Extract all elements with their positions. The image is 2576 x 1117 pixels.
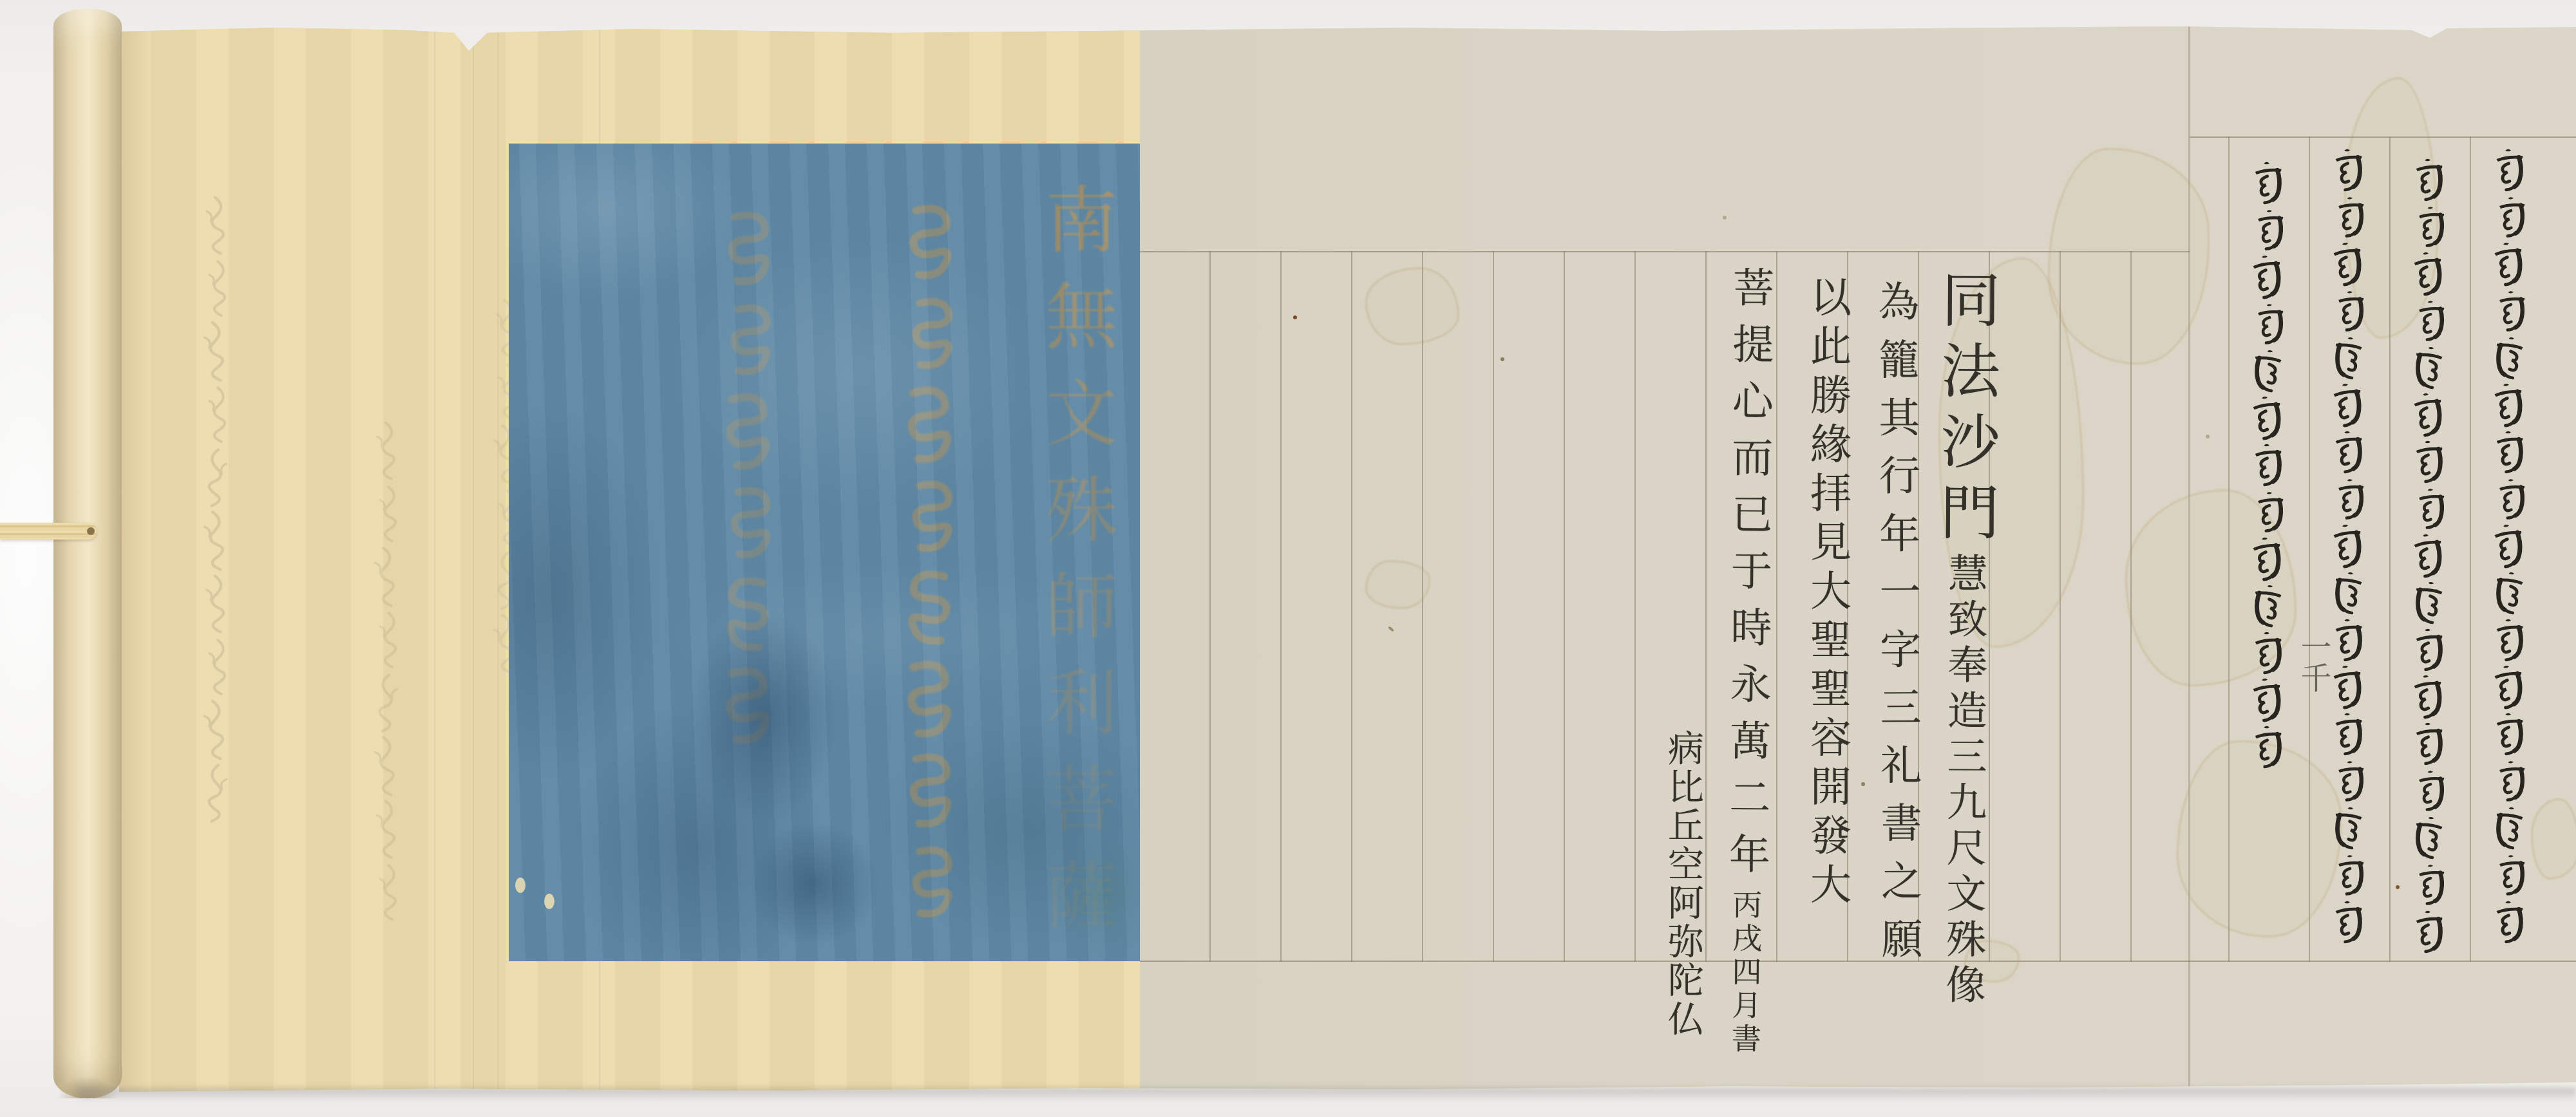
gold-cursive-column: [895, 198, 965, 930]
repeated-glyph: [2246, 347, 2289, 395]
repeated-glyph: [2408, 720, 2450, 767]
graphite-inscription-column: [193, 193, 240, 824]
tide-stain: [1365, 267, 1459, 345]
repeated-glyph: [2410, 203, 2452, 250]
paper-chip: [515, 878, 526, 893]
indigo-title-panel: 南無文殊師利菩薩: [509, 144, 1140, 961]
repeated-glyph: [2329, 476, 2372, 522]
repeated-glyph: [195, 383, 241, 445]
roller-stick: [0, 523, 97, 540]
colophon-heading: 同法沙門: [1931, 269, 2001, 553]
repeated-glyph: [2247, 442, 2289, 489]
repeated-glyph: [2244, 675, 2290, 726]
siddham-column: [2408, 156, 2450, 955]
siddham-column: [2488, 147, 2531, 946]
siddham-column-final: [2247, 160, 2289, 771]
paper-chip: [544, 894, 554, 909]
repeated-glyph: [2325, 239, 2371, 290]
paper-fleck: [2396, 885, 2400, 889]
paper-fleck: [1501, 357, 1504, 361]
repeated-glyph: [2405, 390, 2451, 440]
graphite-inscription-column: [364, 418, 410, 923]
repeated-glyph: [2327, 429, 2370, 476]
repeated-glyph: [2490, 476, 2533, 522]
repeated-glyph: [2488, 617, 2531, 664]
repeated-glyph: [2408, 438, 2450, 485]
repeated-glyph: [2327, 899, 2370, 946]
colophon-date: 丙戌四月書: [1727, 889, 1763, 1056]
repeated-glyph: [2325, 380, 2371, 431]
siddham-column: [2327, 147, 2370, 946]
overpaint-blotch: [747, 820, 882, 948]
repeated-glyph: [2407, 814, 2450, 861]
repeated-glyph: [2329, 288, 2372, 334]
repeated-glyph: [710, 385, 784, 482]
repeated-glyph: [2405, 672, 2451, 722]
tide-stain: [2048, 148, 2210, 364]
repeated-glyph: [190, 507, 240, 573]
repeated-glyph: [2244, 393, 2290, 444]
cover-crease: [471, 23, 474, 1094]
overpaint-blotch: [686, 607, 840, 826]
repeated-glyph: [2249, 301, 2291, 347]
repeated-glyph: [364, 418, 410, 482]
repeated-glyph: [2325, 521, 2371, 572]
repeated-glyph: [897, 473, 967, 563]
repeated-glyph: [895, 198, 965, 290]
repeated-glyph: [2490, 194, 2533, 240]
repeated-glyph: [2488, 429, 2531, 476]
repeated-glyph: [193, 445, 240, 509]
tally-annotation: 一千: [2296, 631, 2331, 693]
repeated-glyph: [2327, 617, 2370, 664]
repeated-glyph: [190, 696, 240, 762]
repeated-glyph: [2408, 626, 2450, 673]
repeated-glyph: [2329, 758, 2372, 804]
repeated-glyph: [193, 193, 240, 256]
repeated-glyph: [715, 297, 785, 387]
repeated-glyph: [2327, 334, 2370, 382]
tide-stain: [1365, 560, 1430, 609]
repeated-glyph: [895, 563, 965, 656]
repeated-glyph: [2486, 521, 2532, 572]
repeated-glyph: [366, 482, 412, 544]
repeated-glyph: [2247, 724, 2289, 771]
repeated-glyph: [2408, 908, 2450, 955]
repeated-glyph: [2246, 582, 2289, 630]
repeated-glyph: [891, 379, 966, 475]
handscroll-sheet: 南無文殊師利菩薩: [119, 23, 2576, 1094]
repeated-glyph: [2407, 579, 2450, 626]
repeated-glyph: [361, 543, 411, 609]
repeated-glyph: [2249, 207, 2291, 253]
colophon-body: 菩提心而已于時永萬二年: [1722, 266, 1774, 889]
colophon-column-1: 同法沙門慧致奉造三九尺文殊像: [1920, 269, 2002, 1010]
repeated-glyph: [2488, 804, 2531, 852]
repeated-glyph: [2410, 767, 2452, 814]
repeated-glyph: [2410, 297, 2452, 344]
repeated-glyph: [361, 732, 411, 798]
manuscript-paper: 同法沙門慧致奉造三九尺文殊像 為籠其行年一字三礼書之願 以此勝緣拝見大聖聖容開發…: [1140, 23, 2576, 1094]
repeated-glyph: [895, 747, 965, 838]
paper-fleck: [1723, 216, 1727, 220]
repeated-glyph: [195, 635, 241, 697]
repeated-glyph: [2490, 288, 2533, 334]
repeated-glyph: [364, 797, 410, 860]
repeated-glyph: [2410, 861, 2452, 908]
repeated-glyph: [2329, 852, 2372, 898]
colophon-column-2: 為籠其行年一字三礼書之願: [1846, 280, 1927, 976]
repeated-glyph: [2405, 249, 2451, 299]
repeated-glyph: [190, 317, 240, 384]
cover-section: 南無文殊師利菩薩: [119, 23, 1140, 1094]
repeated-glyph: [2488, 899, 2531, 946]
repeated-glyph: [2244, 252, 2290, 303]
repeated-glyph: [363, 670, 411, 734]
repeated-glyph: [2488, 334, 2531, 382]
paper-fleck: [1293, 315, 1297, 319]
repeated-glyph: [891, 653, 966, 749]
repeated-glyph: [2327, 147, 2370, 194]
colophon-body: 慧致奉造三九尺文殊像: [1939, 552, 1989, 1009]
repeated-glyph: [2327, 569, 2370, 617]
repeated-glyph: [2329, 194, 2372, 240]
repeated-glyph: [195, 257, 241, 319]
cover-crease: [433, 23, 435, 1094]
colophon-signature: 病比丘空阿弥陀仏: [1625, 729, 1702, 1038]
scroll-shadow: [77, 1088, 2576, 1101]
repeated-glyph: [366, 861, 412, 923]
repeated-glyph: [2405, 531, 2451, 581]
photo-backdrop: 南無文殊師利菩薩: [0, 0, 2576, 1117]
repeated-glyph: [2486, 239, 2532, 290]
repeated-glyph: [715, 480, 785, 570]
colophon-column-3: 以此勝緣拝見大聖聖容開發大: [1774, 276, 1851, 912]
repeated-glyph: [2247, 160, 2289, 207]
repeated-glyph: [2244, 534, 2290, 585]
repeated-glyph: [2407, 344, 2450, 391]
repeated-glyph: [2486, 662, 2532, 713]
scroll-roller: [53, 9, 122, 1098]
paper-fleck: [2206, 435, 2210, 438]
tide-stain: [2531, 798, 2576, 879]
repeated-glyph: [2249, 489, 2291, 535]
repeated-glyph: [897, 290, 967, 380]
repeated-glyph: [2488, 569, 2531, 617]
repeated-glyph: [2327, 804, 2370, 852]
repeated-glyph: [2490, 852, 2533, 898]
repeated-glyph: [2488, 711, 2531, 758]
repeated-glyph: [2410, 485, 2452, 532]
repeated-glyph: [2490, 758, 2533, 804]
colophon-column-4: 菩提心而已于時永萬二年丙戌四月書: [1696, 266, 1779, 1057]
repeated-glyph: [897, 839, 967, 929]
repeated-glyph: [193, 760, 240, 824]
repeated-glyph: [2327, 711, 2370, 758]
repeated-glyph: [2486, 380, 2532, 431]
repeated-glyph: [2247, 630, 2289, 677]
repeated-glyph: [366, 608, 412, 670]
repeated-glyph: [2325, 662, 2371, 713]
repeated-glyph: [193, 572, 240, 635]
repeated-glyph: [714, 205, 783, 296]
repeated-glyph: [2488, 147, 2531, 194]
repeated-glyph: [2408, 156, 2450, 203]
